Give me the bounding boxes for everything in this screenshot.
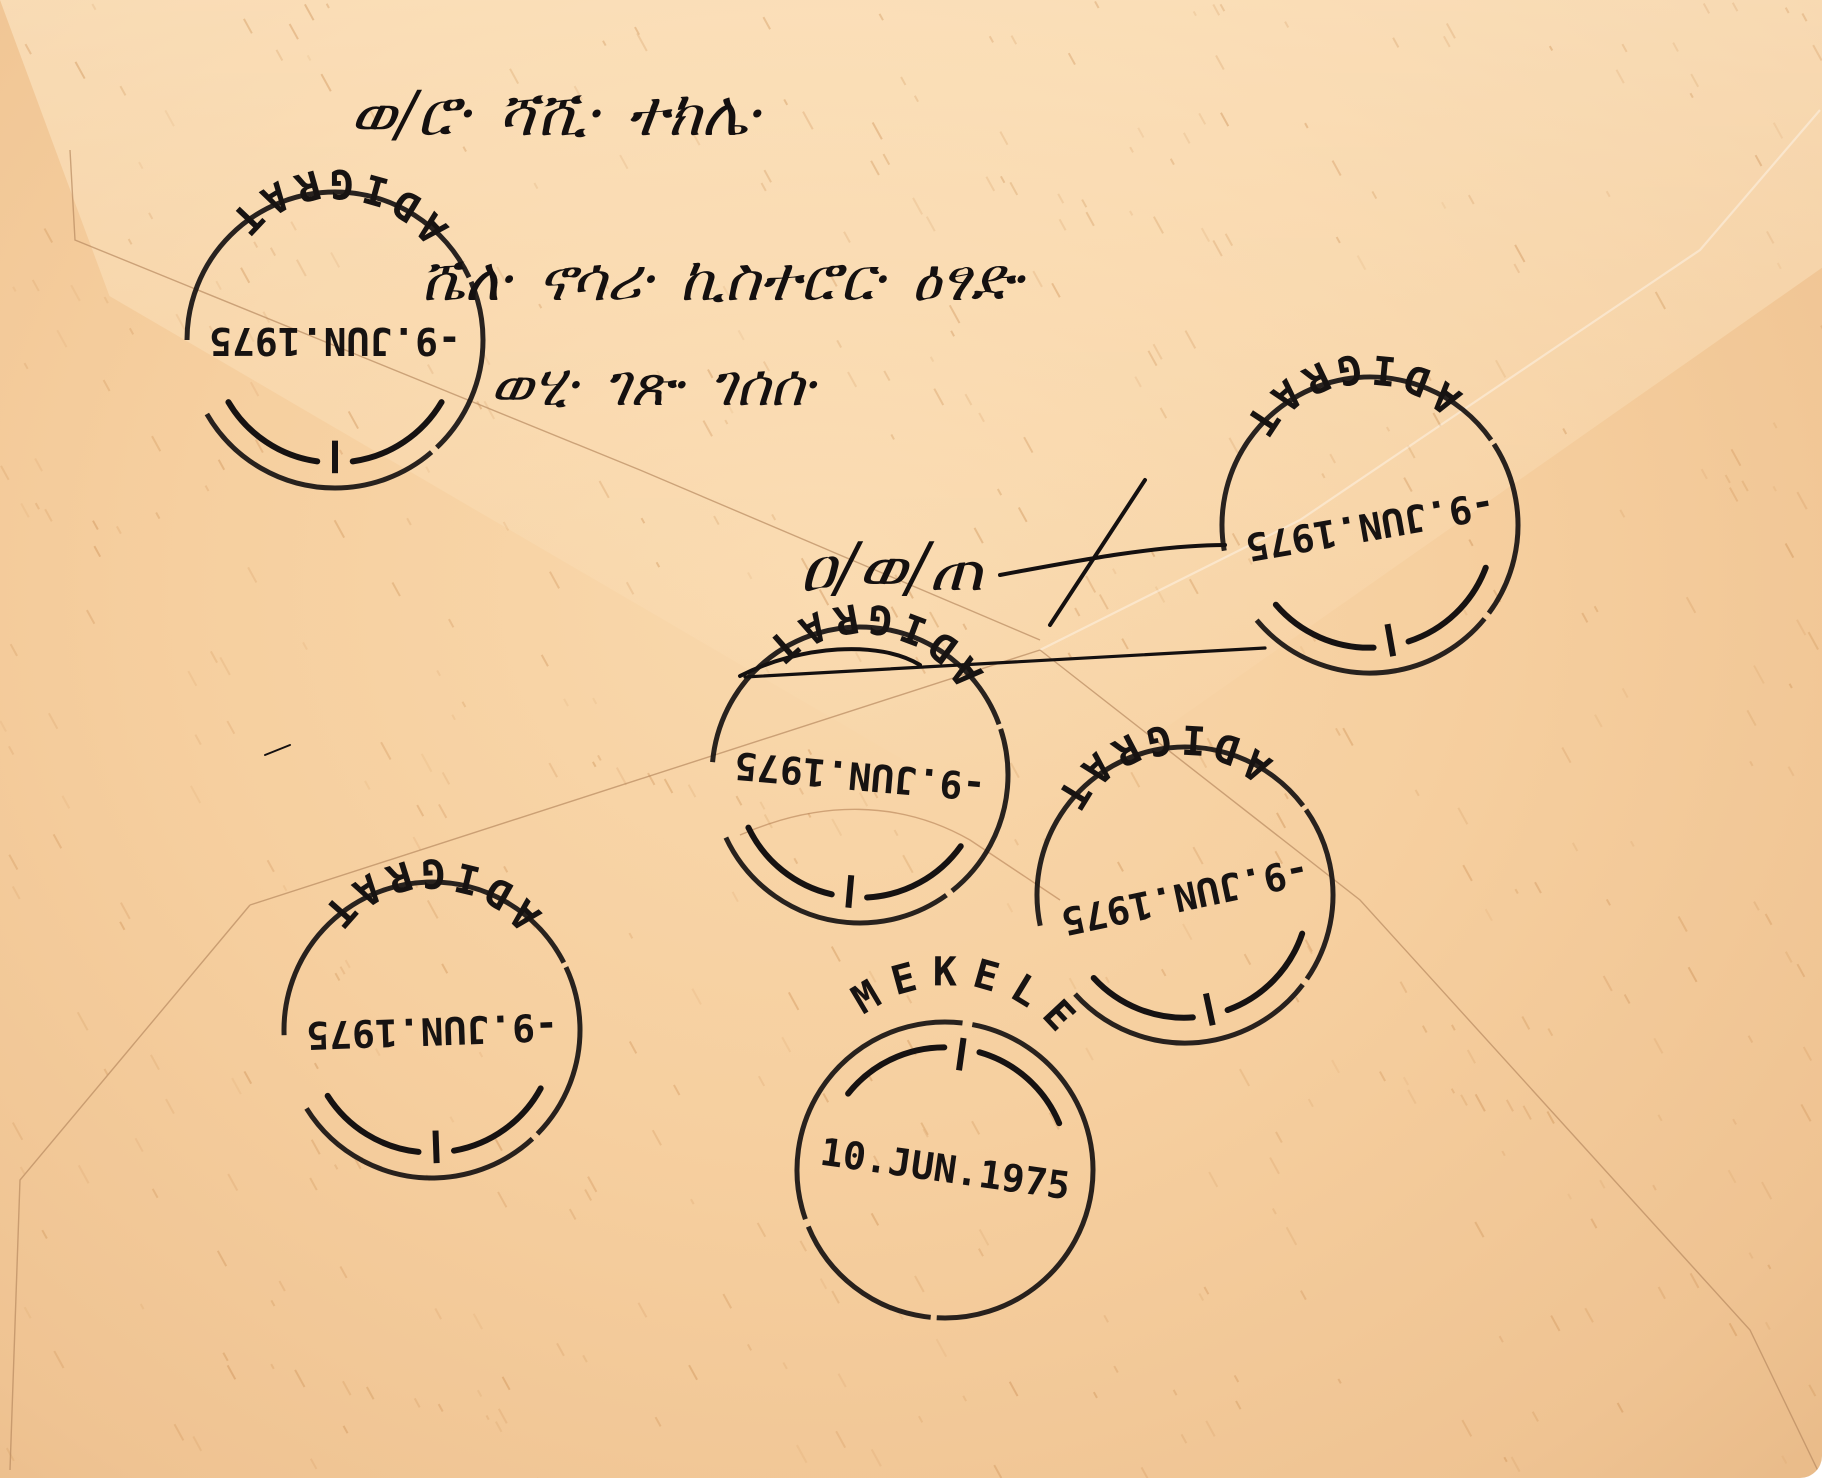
postmark-town: ADIGRAT — [213, 160, 458, 253]
postmark-date: -9.JUN.1975 — [1058, 848, 1313, 943]
envelope-back: ወ/ሮ· ሻሺ· ተክሌ· ሼለ· ኖሳሪ· ኪስተሮር· ዕፃድ· ወሂ· ገ… — [0, 0, 1822, 1478]
postmark-town: ADIGRAT — [746, 585, 998, 699]
adigrat-postmark-3: -9.JUN.1975ADIGRAT — [700, 583, 1023, 936]
postmark-date: -9.JUN.1975 — [306, 1005, 559, 1058]
postmark-date: 10.JUN.1975 — [817, 1130, 1072, 1209]
mekele-postmark: 10.JUN.1975MEKELE — [778, 930, 1123, 1338]
postmark-town: ADIGRAT — [1218, 326, 1475, 460]
postmark-date: -9.JUN.1975 — [1242, 482, 1497, 569]
adigrat-postmark-1: -9.JUN.1975ADIGRAT — [187, 160, 483, 488]
postmark-town: ADIGRAT — [303, 846, 551, 947]
adigrat-postmark-5: -9.JUN.1975ADIGRAT — [278, 845, 585, 1183]
postmarks-layer: -9.JUN.1975ADIGRAT -9.JUN.1975ADIGRAT -9… — [0, 0, 1822, 1478]
postmark-date: -9.JUN.1975 — [209, 319, 461, 363]
postmark-date: -9.JUN.1975 — [733, 743, 988, 809]
postmark-town: ADIGRAT — [1028, 693, 1287, 834]
adigrat-postmark-2: -9.JUN.1975ADIGRAT — [1193, 322, 1541, 697]
